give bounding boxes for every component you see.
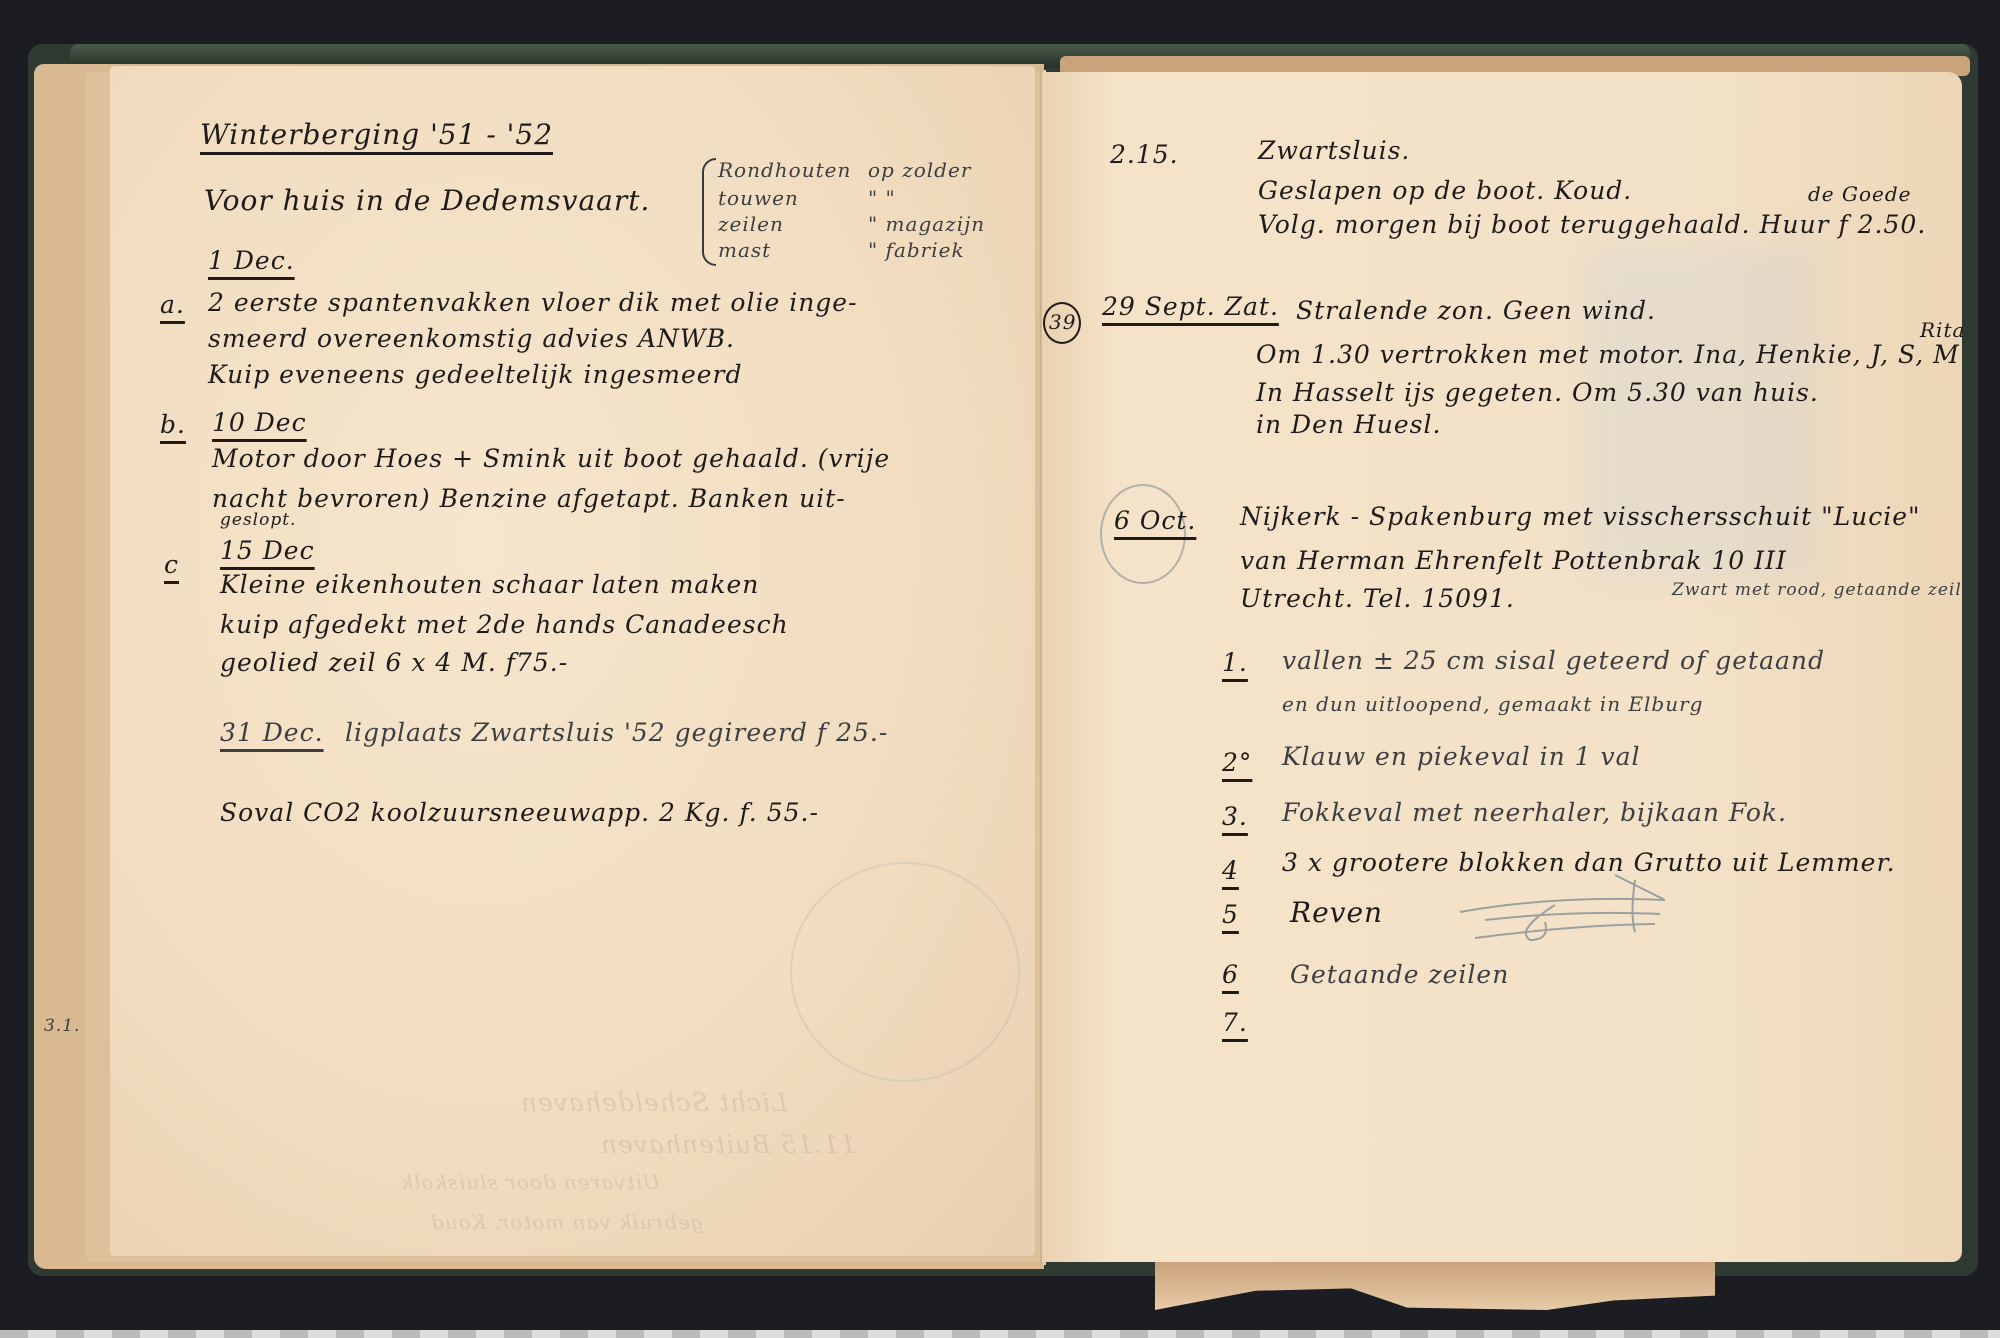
entry-b-line-1: Motor door Hoes + Smink uit boot gehaald… [212, 444, 890, 473]
entry-a-line-2: smeerd overeenkomstig advies ANWB. [208, 324, 735, 353]
entry-marker-b: b. [160, 410, 186, 439]
entry-date-29sept: 29 Sept. Zat. [1102, 292, 1279, 321]
entry-date-1dec: 1 Dec. [208, 246, 295, 275]
list-num-4: 4 [1222, 856, 1239, 885]
entry-c-line-1: Kleine eikenhouten schaar laten maken [220, 570, 759, 599]
entry-215-line-3: Volg. morgen bij boot teruggehaald. Huur… [1258, 210, 1926, 239]
list-item-3: Fokkeval met neerhaler, bijkaan Fok. [1282, 798, 1787, 827]
entry-b-line-2: nacht bevroren) Benzine afgetapt. Banken… [212, 484, 846, 513]
entry-c-line-3: geolied zeil 6 x 4 M. f75.- [220, 648, 568, 677]
bleed-through-4: gebruik van motor. Koud [430, 1210, 704, 1234]
entry-215-annotation: de Goede [1808, 182, 1912, 206]
entry-39-line-1: Stralende zon. Geen wind. [1296, 296, 1656, 325]
list-item-1: vallen ± 25 cm sisal geteerd of getaand [1282, 646, 1825, 675]
storage-place-1: op zolder [868, 158, 971, 182]
list-num-6: 6 [1222, 960, 1239, 989]
entry-31dec-line: ligplaats Zwartsluis '52 gegireerd f 25.… [345, 718, 888, 747]
entry-6okt-line-1: Nijkerk - Spakenburg met visschersschuit… [1240, 502, 1921, 531]
list-item-5: Reven [1290, 896, 1383, 929]
entry-39-line-2: Om 1.30 vertrokken met motor. Ina, Henki… [1256, 340, 1960, 369]
entry-date-15dec: 15 Dec [220, 536, 315, 565]
entry-39-line-4: in Den Huesl. [1256, 410, 1441, 439]
list-item-2: Klauw en piekeval in 1 val [1282, 742, 1641, 771]
entry-date-6okt: 6 Oct. [1114, 506, 1196, 535]
list-num-7: 7. [1222, 1008, 1248, 1037]
storage-item-3: zeilen [718, 212, 784, 236]
entry-marker-a: a. [160, 290, 185, 319]
bleed-through-1: Licht Scheldehaven [520, 1088, 788, 1117]
entry-6okt-annotation: Zwart met rood, getaande zeil [1672, 580, 1962, 600]
storage-bracket [702, 158, 716, 266]
entry-c-line-2: kuip afgedekt met 2de hands Canadeesch [220, 610, 789, 639]
list-num-2: 2° [1222, 748, 1252, 777]
scan-border-strip [0, 1330, 2000, 1338]
entry-marker-c: c [164, 550, 179, 579]
storage-item-4: mast [718, 238, 771, 262]
storage-place-4: " fabriek [868, 238, 965, 262]
entry-39-annotation: Rita [1920, 318, 1965, 342]
entry-6okt-line-2: van Herman Ehrenfelt Pottenbrak 10 III [1240, 546, 1787, 575]
bleed-through-3: Uitvaren door sluiskolk [400, 1170, 660, 1194]
location-line: Voor huis in de Dedemsvaart. [204, 184, 650, 217]
entry-b-line-3: geslopt. [220, 510, 296, 530]
entry-number-39: 39 [1049, 310, 1076, 334]
bleed-through-2: 11.15 Buitenhaven [600, 1130, 856, 1159]
list-num-5: 5 [1222, 900, 1239, 929]
torn-page-edge-bottom [1155, 1262, 1715, 1310]
margin-mark: 3.1. [44, 1016, 80, 1036]
storage-place-2: " " [868, 186, 896, 210]
entry-215-line-1: Zwartsluis. [1258, 136, 1410, 165]
list-num-1: 1. [1222, 648, 1248, 677]
storage-place-3: " magazijn [868, 212, 985, 236]
entry-215-line-2: Geslapen op de boot. Koud. [1258, 176, 1632, 205]
list-item-6: Getaande zeilen [1290, 960, 1509, 989]
entry-a-line-3: Kuip eveneens gedeeltelijk ingesmeerd [208, 360, 743, 389]
entry-time-215: 2.15. [1110, 140, 1179, 169]
entry-39-line-3: In Hasselt ijs gegeten. Om 5.30 van huis… [1256, 378, 1819, 407]
entry-soval-line: Soval CO2 koolzuursneeuwapp. 2 Kg. f. 55… [220, 798, 819, 827]
storage-item-2: touwen [718, 186, 799, 210]
entry-a-line-1: 2 eerste spantenvakken vloer dik met oli… [208, 288, 858, 317]
list-num-3: 3. [1222, 802, 1248, 831]
left-page-title: Winterberging '51 - '52 [200, 118, 553, 151]
list-item-1-cont: en dun uitloopend, gemaakt in Elburg [1282, 692, 1703, 716]
entry-date-31dec: 31 Dec. [220, 718, 324, 747]
entry-6okt-line-3: Utrecht. Tel. 15091. [1240, 584, 1515, 613]
bleed-through-circle [790, 862, 1020, 1082]
storage-item-1: Rondhouten [718, 158, 851, 182]
entry-date-10dec: 10 Dec [212, 408, 307, 437]
boat-pencil-sketch-icon [1455, 870, 1695, 950]
